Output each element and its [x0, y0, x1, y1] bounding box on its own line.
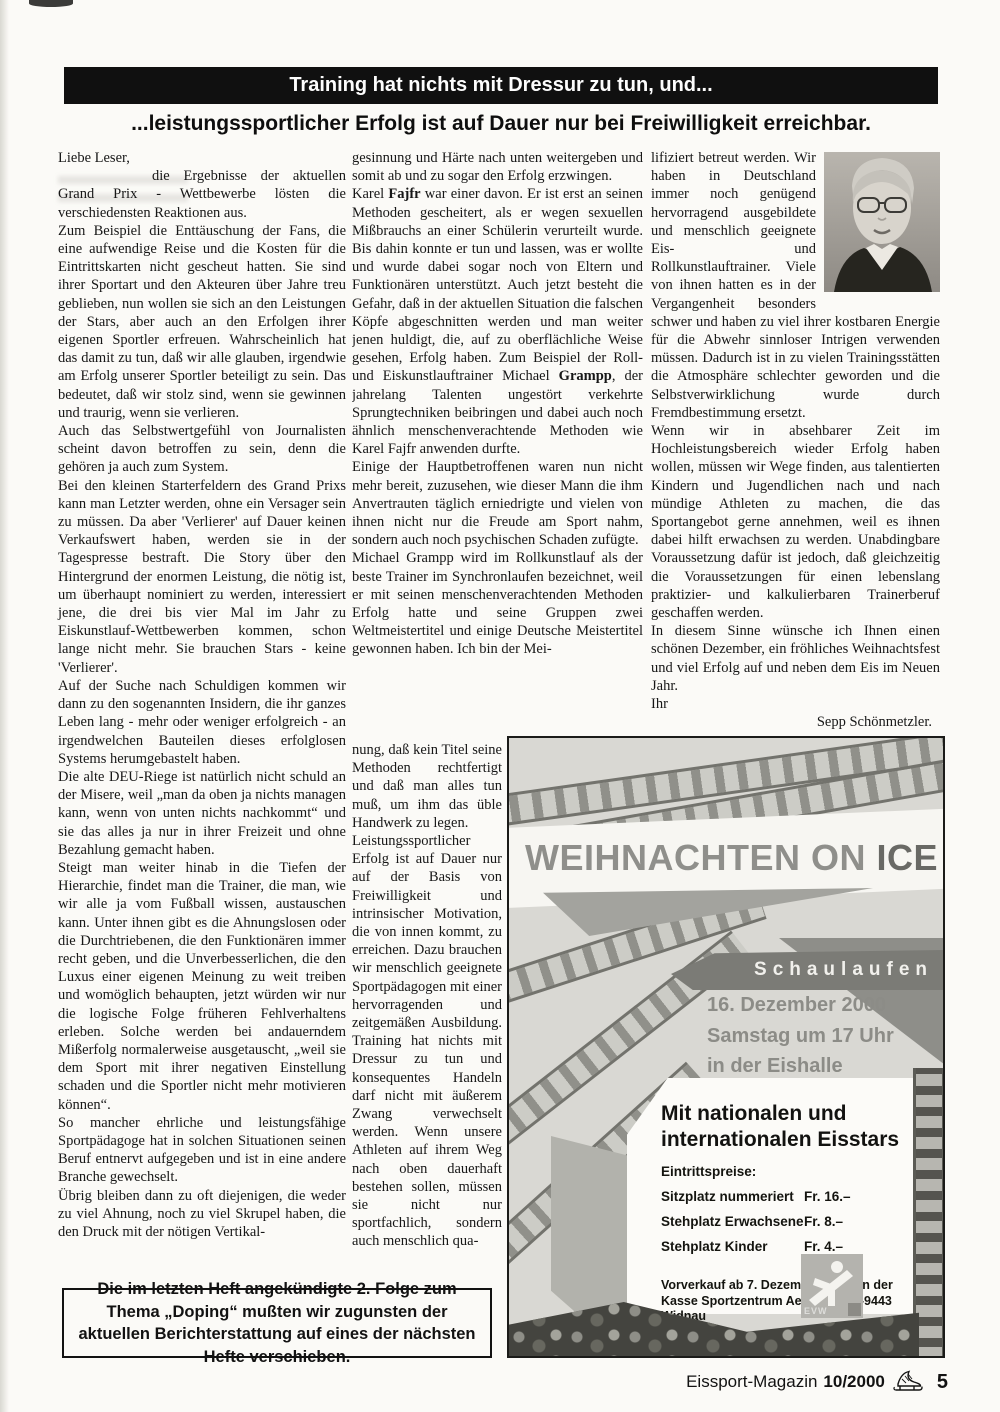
text-run: war einer davon. Er ist erst an seinen M…: [352, 186, 643, 384]
price-value: Fr. 4.–: [804, 1239, 843, 1254]
portrait-illustration: [824, 152, 940, 292]
bold-name-fajfr: Fajfr: [388, 186, 420, 202]
paragraph: Bei den kleinen Starterfeldern des Grand…: [58, 477, 346, 677]
ad-date-line: 16. Dezember 2000: [707, 990, 937, 1021]
scan-edge-artifact: [0, 0, 9, 1412]
ad-prices-label: Eintrittspreise:: [661, 1164, 756, 1179]
skating-club-logo: EVW: [801, 1254, 863, 1318]
issue-number: 10/2000: [823, 1372, 884, 1392]
price-label: Stehplatz Kinder: [661, 1239, 768, 1254]
ad-title-accent: ICE: [877, 837, 939, 878]
advertisement-weihnachten-on-ice: WEIHNACHTEN ON ICE Schaulaufen 16. Dezem…: [507, 736, 945, 1358]
article-column-3: lifiziert betreut werden. Wir haben in D…: [651, 149, 940, 732]
author-signature: Sepp Schönmetzler.: [651, 713, 940, 731]
price-label: Sitzplatz nummeriert: [661, 1189, 794, 1204]
paragraph: Übrig bleiben dann zu oft diejenigen, di…: [58, 1187, 346, 1242]
schaulaufen-label: Schaulaufen: [754, 959, 933, 981]
ad-title: WEIHNACHTEN ON ICE: [525, 837, 935, 879]
author-portrait-photo: [824, 152, 940, 292]
price-row: Sitzplatz nummeriert Fr. 16.–: [661, 1189, 896, 1204]
magazine-page: Training hat nichts mit Dressur zu tun, …: [0, 0, 1000, 1412]
ad-stars-heading: Mit nationalen und internationalen Eisst…: [661, 1101, 923, 1153]
paragraph: So mancher ehrliche und leistungsfähige …: [58, 1114, 346, 1187]
paragraph: die Ergebnisse der aktuellen Grand Prix …: [58, 167, 346, 222]
paragraph: Michael Grampp wird im Rollkunstlauf als…: [352, 549, 643, 658]
article-title: Training hat nichts mit Dressur zu tun, …: [289, 74, 712, 97]
price-value: Fr. 8.–: [804, 1214, 843, 1229]
article-column-1: Liebe Leser, die Ergebnisse der aktuelle…: [58, 149, 346, 1241]
paragraph: gesinnung und Härte nach unten weitergeb…: [352, 149, 643, 185]
article-subtitle: ...leistungssportlicher Erfolg ist auf D…: [64, 112, 938, 136]
paragraph: Auch das Selbstwertgefühl von Journalist…: [58, 422, 346, 477]
page-footer: Eissport-Magazin 10/2000 5: [686, 1369, 948, 1395]
skate-logo-icon: [891, 1369, 925, 1395]
logo-corner-chip: [848, 1303, 861, 1316]
closing-word: Ihr: [651, 695, 940, 713]
paragraph: Leistungssportlicher Erfolg ist auf Daue…: [352, 832, 502, 1251]
paragraph: Steigt man weiter hinab in die Tiefen de…: [58, 859, 346, 1114]
ad-time-line: Samstag um 17 Uhr: [707, 1021, 937, 1052]
price-row: Stehplatz Kinder Fr. 4.–: [661, 1239, 896, 1254]
salutation: Liebe Leser,: [58, 149, 346, 167]
article-column-2-narrow: nung, daß kein Titel seine Methoden rech…: [352, 741, 502, 1286]
page-number: 5: [937, 1371, 948, 1394]
price-value: Fr. 16.–: [804, 1189, 851, 1204]
price-label: Stehplatz Erwachsene: [661, 1214, 804, 1229]
ad-title-main: WEIHNACHTEN ON: [525, 837, 877, 878]
article-column-2: gesinnung und Härte nach unten weitergeb…: [352, 149, 643, 733]
paragraph: nung, daß kein Titel seine Methoden rech…: [352, 741, 502, 832]
schaulaufen-band: Schaulaufen: [671, 950, 943, 990]
scan-smudge: [29, 0, 73, 7]
paragraph: Die alte DEU-Riege ist natürlich nicht s…: [58, 768, 346, 859]
ad-venue-line: in der Eishalle: [707, 1051, 937, 1082]
editorial-notice-box: Die im letzten Heft angekündigte 2. Folg…: [62, 1288, 492, 1358]
paragraph: Auf der Suche nach Schuldigen kommen wir…: [58, 677, 346, 768]
paragraph: Zum Beispiel die Enttäuschung der Fans, …: [58, 222, 346, 422]
paragraph: Einige der Hauptbetroffenen waren nun ni…: [352, 458, 643, 549]
logo-text: EVW: [804, 1306, 828, 1316]
notice-text: Die im letzten Heft angekündigte 2. Folg…: [74, 1278, 480, 1368]
text-run: Karel: [352, 186, 388, 202]
ad-presale-text: Vorverkauf ab 7. Dezember 2000 an der Ka…: [661, 1278, 899, 1325]
article-title-bar: Training hat nichts mit Dressur zu tun, …: [64, 67, 938, 104]
bold-name-grampp: Grampp: [559, 368, 612, 384]
paragraph-fajfr: Karel Fajfr war einer davon. Er ist erst…: [352, 185, 643, 458]
paragraph: Wenn wir in absehbarer Zeit im Hochleist…: [651, 422, 940, 622]
price-row: Stehplatz Erwachsene Fr. 8.–: [661, 1214, 896, 1229]
magazine-name: Eissport-Magazin: [686, 1372, 817, 1392]
paragraph: In diesem Sinne wünsche ich Ihnen einen …: [651, 622, 940, 695]
